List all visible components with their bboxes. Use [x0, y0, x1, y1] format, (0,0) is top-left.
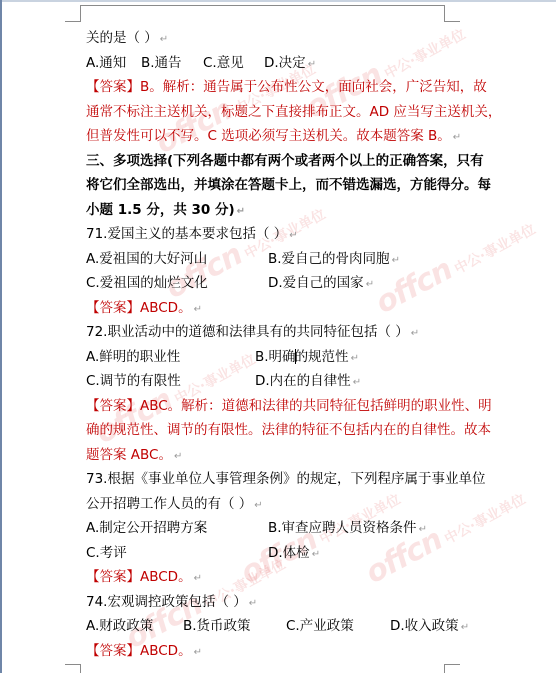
option-row: A.通知 B.通告 C.意见 D.决定↵ — [86, 51, 466, 76]
option-row: A.制定公开招聘方案 B.审查应聘人员资格条件↵ — [86, 516, 466, 541]
question-72-answer: 【答案】ABC。解析：道德和法律的共同特征包括鲜明的职业性、明 — [86, 394, 466, 419]
option-c: C.产业政策 — [286, 614, 354, 639]
page-top-margin-line — [80, 5, 445, 6]
section-header-line: 小题 1.5 分，共 30 分)↵ — [86, 198, 466, 223]
answer-line: 【答案】B。解析：通告属于公布性公文，面向社会，广泛告知，故 — [86, 75, 466, 100]
section-header-line: 三、多项选择(下列各题中都有两个或者两个以上的正确答案，只有 — [86, 149, 466, 174]
option-a: A.爱祖国的大好河山 — [86, 247, 207, 272]
question-73-stem: 73.根据《事业单位人事管理条例》的规定，下列程序属于事业单位 — [86, 467, 466, 492]
option-b: B.爱自己的骨肉同胞↵ — [268, 247, 400, 274]
crop-mark-top-left-vertical — [80, 5, 81, 21]
document-page[interactable]: 关的是（ ）↵ A.通知 B.通告 C.意见 D.决定↵ 【答案】B。解析：通告… — [86, 26, 466, 663]
question-71-answer: 【答案】ABCD。↵ — [86, 296, 466, 321]
question-72-stem: 72.职业活动中的道德和法律具有的共同特征包括（ ）↵ — [86, 320, 466, 345]
question-74-stem: 74.宏观调控政策包括（ ）↵ — [86, 590, 466, 615]
option-a: A.通知 — [86, 51, 126, 76]
window-left-border — [0, 0, 2, 673]
answer-line: 通常不标注主送机关，标题之下直接排布正文。AD 应当写主送机关， — [86, 100, 466, 125]
option-b: B.通告 — [141, 51, 182, 76]
crop-mark-bottom-right-vertical — [444, 664, 445, 673]
question-73-stem: 公开招聘工作人员的有（ ）↵ — [86, 492, 466, 517]
option-a: A.制定公开招聘方案 — [86, 516, 207, 541]
crop-mark-bottom-left — [65, 664, 81, 665]
crop-mark-top-right — [444, 21, 460, 22]
option-c: C.考评 — [86, 541, 127, 566]
crop-mark-top-right-vertical — [444, 5, 445, 21]
option-d: D.爱自己的国家↵ — [268, 271, 374, 298]
option-c: C.爱祖国的灿烂文化 — [86, 271, 208, 296]
question-74-answer: 【答案】ABCD。↵ — [86, 639, 466, 664]
option-row: A.爱祖国的大好河山 B.爱自己的骨肉同胞↵ — [86, 247, 466, 272]
option-c: C.意见 — [203, 51, 244, 76]
option-row: C.调节的有限性 D.内在的自律性↵ — [86, 369, 466, 394]
question-71-stem: 71.爱国主义的基本要求包括（ ）↵ — [86, 222, 466, 247]
section-header-line: 将它们全部选出，并填涂在答题卡上，而不错选漏选，方能得分。每 — [86, 173, 466, 198]
question-73-answer: 【答案】ABCD。↵ — [86, 565, 466, 590]
option-row: A.鲜明的职业性 B.明确的规范性↵ — [86, 345, 466, 370]
option-row: C.爱祖国的灿烂文化 D.爱自己的国家↵ — [86, 271, 466, 296]
option-b: B.审查应聘人员资格条件↵ — [268, 516, 427, 543]
window-top-border — [0, 0, 556, 2]
answer-line: 但普发性可以不写。C 选项必须写主送机关。故本题答案 B。↵ — [86, 124, 466, 149]
option-d: D.收入政策↵ — [390, 614, 469, 641]
question-stem-line: 关的是（ ）↵ — [86, 26, 466, 51]
option-b: B.货币政策 — [183, 614, 251, 639]
question-72-answer: 确的规范性、调节的有限性。法律的特征不包括内在的自律性。故本 — [86, 418, 466, 443]
crop-mark-bottom-right — [444, 664, 460, 665]
option-row: A.财政政策 B.货币政策 C.产业政策 D.收入政策↵ — [86, 614, 466, 639]
crop-mark-top-left — [65, 21, 81, 22]
option-d: D.内在的自律性↵ — [255, 369, 361, 396]
question-72-answer: 题答案 ABC。↵ — [86, 443, 466, 468]
option-d: D.体检↵ — [268, 541, 320, 568]
option-d: D.决定↵ — [264, 51, 316, 78]
option-c: C.调节的有限性 — [86, 369, 181, 394]
option-b: B.明确的规范性↵ — [255, 345, 359, 372]
option-a: A.鲜明的职业性 — [86, 345, 180, 370]
crop-mark-bottom-left-vertical — [80, 664, 81, 673]
option-row: C.考评 D.体检↵ — [86, 541, 466, 566]
option-a: A.财政政策 — [86, 614, 153, 639]
